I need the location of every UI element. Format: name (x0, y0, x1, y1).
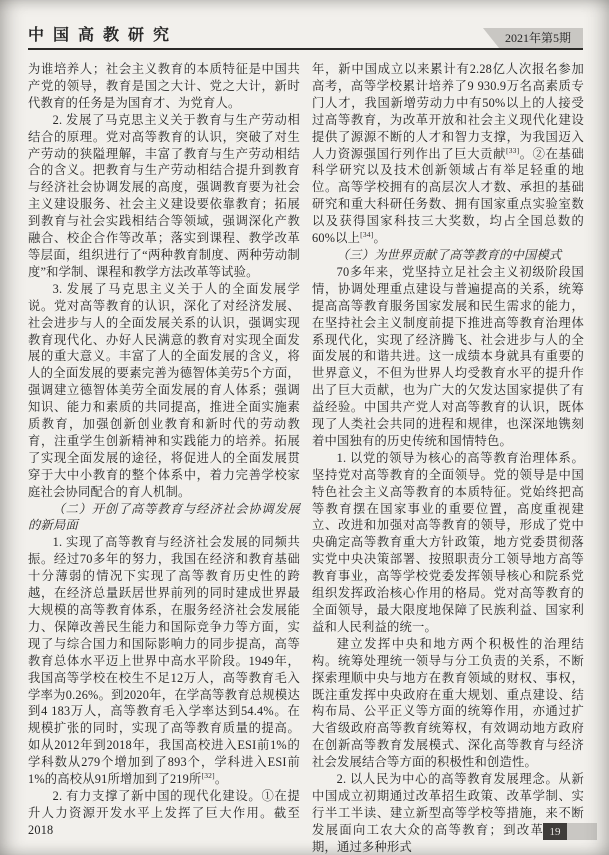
text-run: 1. 以党的领导为核心的高等教育治理体系。坚持党对高等教育的全面领导。党的领导是… (312, 451, 584, 634)
para-continuation: 为谁培养人；社会主义教育的本质特征是中国共产党的领导，教育是国之大计、党之大计，… (28, 61, 300, 112)
citation-ref: [33] (506, 145, 519, 154)
para-china-model: 70多年来，党坚持立足社会主义初级阶段国情，协调处理重点建设与普遍提高的关系，统… (312, 264, 584, 450)
para-central-local: 建立发挥中央和地方两个积极性的治理结构。统筹处理统一领导与分工负责的关系，不断探… (312, 636, 584, 771)
subheading-section-2: （二）开创了高等教育与经济社会协调发展的新局面 (28, 501, 300, 535)
citation-ref: [34] (360, 230, 373, 239)
text-run: 70多年来，党坚持立足社会主义初级阶段国情，协调处理重点建设与普遍提高的关系，统… (312, 265, 584, 448)
subheading-section-3: （三）为世界贡献了高等教育的中国模式 (312, 247, 584, 264)
journal-title: 中国高教研究 (28, 22, 178, 48)
para-point-3-allround: 3. 发展了马克思主义关于人的全面发展学说。党对高等教育的认识，深化了对经济发展… (28, 281, 300, 501)
issue-badge: 2021年第5期 (483, 28, 583, 48)
citation-ref: [32] (202, 771, 215, 780)
issue-label: 2021年第5期 (505, 31, 571, 45)
text-run: 2. 以人民为中心的高等教育发展理念。从新中国成立初期通过改革招生政策、改革学制… (312, 772, 584, 854)
para-modernization-cont: 年，新中国成立以来累计有2.28亿人次报名参加高考，高等学校累计培养了9 930… (312, 61, 584, 247)
para-resonance: 1. 实现了高等教育与经济社会发展的同频共振。经过70多年的努力，我国在经济和教… (28, 534, 300, 788)
left-column: 为谁培养人；社会主义教育的本质特征是中国共产党的领导，教育是国之大计、党之大计，… (28, 61, 300, 839)
text-run: 2. 有力支撑了新中国的现代化建设。①在提升人力资源开发水平上发挥了巨大作用。截… (28, 789, 300, 837)
journal-page: 中国高教研究 2021年第5期 为谁培养人；社会主义教育的本质特征是中国共产党的… (0, 0, 609, 855)
text-run: 2. 发展了马克思主义关于教育与生产劳动相结合的原理。党对高等教育的认识，突破了… (28, 113, 300, 279)
text-run: 1. 实现了高等教育与经济社会发展的同频共振。经过70多年的努力，我国在经济和教… (28, 535, 300, 786)
text-run: （二）开创了高等教育与经济社会协调发展的新局面 (28, 502, 300, 533)
para-modernization-start: 2. 有力支撑了新中国的现代化建设。①在提升人力资源开发水平上发挥了巨大作用。截… (28, 788, 300, 839)
page-header: 中国高教研究 2021年第5期 (28, 22, 583, 50)
text-run: （三）为世界贡献了高等教育的中国模式 (337, 248, 562, 262)
para-point-2-labor: 2. 发展了马克思主义关于教育与生产劳动相结合的原理。党对高等教育的认识，突破了… (28, 112, 300, 281)
page-number: 19 (550, 826, 561, 838)
text-run: 。②在基础科学研究以及技术创新领域占有举足轻重的地位。高等学校拥有的高层次人才数… (312, 147, 584, 246)
para-party-leadership: 1. 以党的领导为核心的高等教育治理体系。坚持党对高等教育的全面领导。党的领导是… (312, 450, 584, 636)
para-people-centered: 2. 以人民为中心的高等教育发展理念。从新中国成立初期通过改革招生政策、改革学制… (312, 771, 584, 855)
page-number-strip (567, 823, 597, 840)
text-run: 建立发挥中央和地方两个积极性的治理结构。统筹处理统一领导与分工负责的关系，不断探… (312, 637, 584, 769)
right-column: 年，新中国成立以来累计有2.28亿人次报名参加高考，高等学校累计培养了9 930… (312, 61, 584, 855)
text-run: 。 (373, 231, 386, 245)
page-number-badge: 19 (543, 823, 567, 840)
text-run: 3. 发展了马克思主义关于人的全面发展学说。党对高等教育的认识，深化了对经济发展… (28, 282, 300, 499)
text-run: 。 (215, 772, 228, 786)
text-run: 为谁培养人；社会主义教育的本质特征是中国共产党的领导，教育是国之大计、党之大计，… (28, 62, 300, 110)
